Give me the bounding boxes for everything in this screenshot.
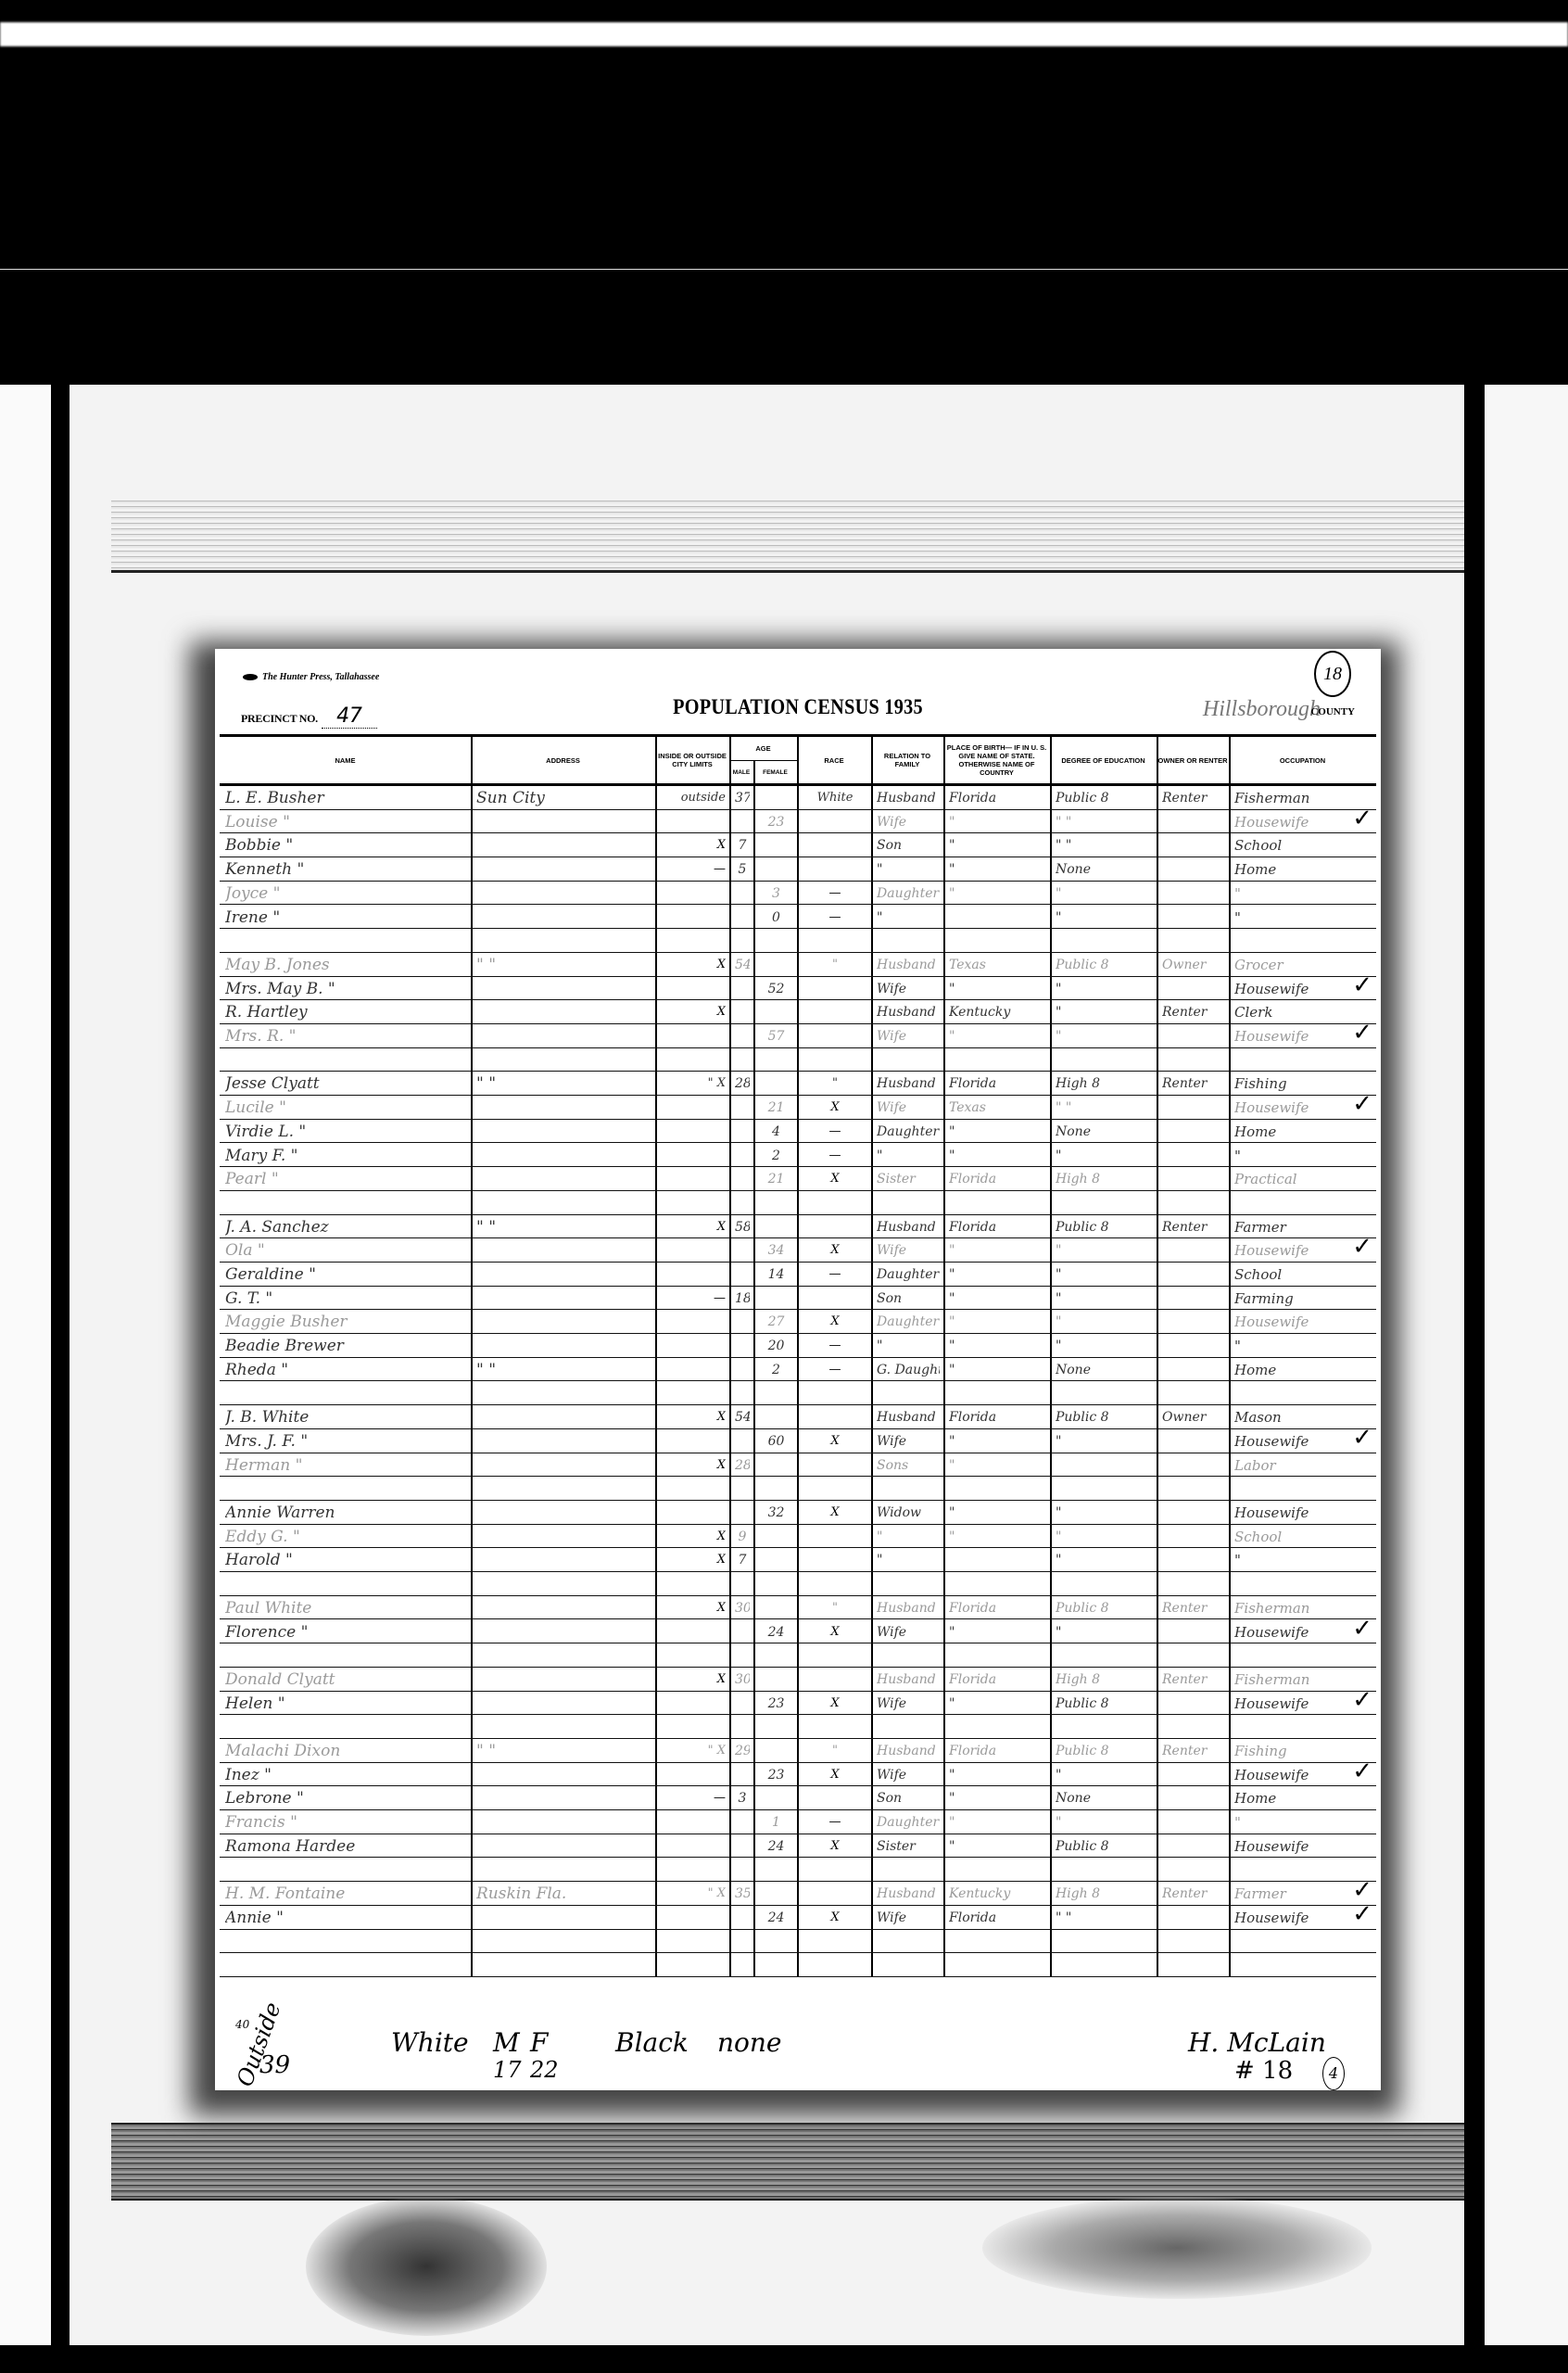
cell-female [759, 787, 793, 808]
cell-tenure [1162, 1168, 1225, 1189]
cell-female: 1 [759, 1811, 793, 1833]
cell-race [803, 1859, 867, 1881]
cell-relation: Wife [877, 811, 940, 832]
cell-address [476, 1931, 651, 1952]
cell-tenure: Renter [1162, 1072, 1225, 1094]
cell-education: " [1056, 1145, 1153, 1166]
cell-male [735, 1121, 750, 1142]
cell-race: X [803, 1311, 867, 1332]
cell-birthplace [949, 1573, 1046, 1594]
cell-race: X [803, 1621, 867, 1643]
cell-address [476, 1478, 651, 1499]
cell-race: X [803, 1502, 867, 1523]
cell-race: X [803, 1097, 867, 1118]
cell-race [803, 1288, 867, 1309]
table-row: Maggie Busher27XDaughter""Housewife [220, 1310, 1376, 1334]
cell-education: Public 8 [1056, 1740, 1153, 1761]
cell-female [759, 834, 793, 856]
cell-name: Virdie L. " [225, 1121, 467, 1142]
white-female-count: 22 [530, 2057, 559, 2083]
cell-male [735, 1263, 750, 1285]
cell-education: " [1056, 1764, 1153, 1785]
cell-male [735, 1764, 750, 1785]
column-header-name: Name [220, 737, 471, 783]
cell-tenure: Renter [1162, 787, 1225, 808]
cell-occupation [1234, 1049, 1345, 1071]
cell-race: X [803, 1907, 867, 1928]
cell-birthplace [949, 1954, 1046, 1975]
cell-education [1056, 930, 1153, 951]
cell-limits: X [661, 1669, 726, 1690]
cell-address [476, 1526, 651, 1547]
board-plank-bottom [111, 2123, 1464, 2201]
cell-relation: Husband [877, 1597, 940, 1618]
cell-limits: — [661, 1787, 726, 1808]
cell-birthplace: Florida [949, 1168, 1046, 1189]
cell-birthplace [949, 1716, 1046, 1737]
cell-name: Helen " [225, 1693, 467, 1714]
cell-tenure [1162, 1621, 1225, 1643]
table-row: Harold "X7""" [220, 1548, 1376, 1572]
cell-limits [661, 907, 726, 928]
cell-education: " [1056, 1288, 1153, 1309]
cell-relation: Husband [877, 1406, 940, 1428]
cell-name: Mary F. " [225, 1145, 467, 1166]
table-row [220, 1643, 1376, 1668]
table-row: Mary F. "2—"""" [220, 1144, 1376, 1168]
cell-occupation [1234, 1192, 1345, 1213]
cell-relation: " [877, 858, 940, 880]
cell-female: 4 [759, 1121, 793, 1142]
cell-relation: Sons [877, 1454, 940, 1476]
cell-relation: Sister [877, 1168, 940, 1189]
cell-occupation: " [1234, 882, 1345, 904]
white-label: White [391, 2027, 469, 2058]
cell-occupation [1234, 1383, 1345, 1404]
cell-female [759, 1716, 793, 1737]
cell-female: 3 [759, 882, 793, 904]
table-row: H. M. FontaineRuskin Fla." X35HusbandKen… [220, 1882, 1376, 1906]
cell-limits: X [661, 1216, 726, 1237]
cell-female [759, 954, 793, 975]
cell-tenure: Owner [1162, 954, 1225, 975]
cell-address [476, 1097, 651, 1118]
cell-female [759, 1072, 793, 1094]
cell-race: — [803, 1359, 867, 1380]
cell-limits: X [661, 1454, 726, 1476]
cell-birthplace: Florida [949, 1406, 1046, 1428]
checkmark-icon: ✓ [1352, 1758, 1372, 1785]
cell-race [803, 1454, 867, 1476]
cell-female [759, 1288, 793, 1309]
cell-tenure [1162, 1383, 1225, 1404]
table-row: Irene "0—""" [220, 906, 1376, 930]
cell-birthplace: Florida [949, 1907, 1046, 1928]
cell-education: " [1056, 1502, 1153, 1523]
cell-education: " [1056, 1239, 1153, 1261]
cell-female: 23 [759, 811, 793, 832]
cell-limits: " X [661, 1883, 726, 1904]
cell-name [225, 1859, 467, 1881]
table-row: Beadie Brewer20—"""" [220, 1334, 1376, 1358]
cell-race [803, 1716, 867, 1737]
cell-race: — [803, 1121, 867, 1142]
cell-race [803, 1669, 867, 1690]
cell-relation [877, 1954, 940, 1975]
table-row [220, 1382, 1376, 1406]
table-row: Ola "34XWife""Housewife✓ [220, 1238, 1376, 1263]
cell-education: " [1056, 1621, 1153, 1643]
cell-education: None [1056, 1359, 1153, 1380]
cell-name: Donald Clyatt [225, 1669, 467, 1690]
cell-race [803, 978, 867, 999]
cell-birthplace: " [949, 882, 1046, 904]
cell-limits: " X [661, 1072, 726, 1094]
cell-tenure [1162, 1025, 1225, 1047]
checkmark-icon: ✓ [1352, 1090, 1372, 1118]
cell-limits [661, 978, 726, 999]
cell-education: " [1056, 1811, 1153, 1833]
cell-race: X [803, 1764, 867, 1785]
cell-relation: Husband [877, 1883, 940, 1904]
cell-birthplace: " [949, 1263, 1046, 1285]
cell-name: J. A. Sanchez [225, 1216, 467, 1237]
cell-male: 58 [735, 1216, 750, 1237]
cell-occupation [1234, 1954, 1345, 1975]
outside-count: 39 [259, 2051, 290, 2079]
cell-birthplace: " [949, 1787, 1046, 1808]
enumerator-signature: H. McLain [1188, 2027, 1326, 2058]
corner-note: 40 [235, 2018, 249, 2031]
cell-education: High 8 [1056, 1669, 1153, 1690]
cell-male [735, 930, 750, 951]
cell-education: " [1056, 1335, 1153, 1356]
cell-tenure: Renter [1162, 1216, 1225, 1237]
cell-race [803, 858, 867, 880]
cell-male: 28 [735, 1454, 750, 1476]
stain [982, 2197, 1372, 2299]
cell-education: " [1056, 978, 1153, 999]
table-row: Ramona Hardee24XSister"Public 8Housewife [220, 1834, 1376, 1859]
cell-education: Public 8 [1056, 787, 1153, 808]
cell-female [759, 1954, 793, 1975]
cell-name: May B. Jones [225, 954, 467, 975]
cell-male [735, 1001, 750, 1022]
cell-name: Jesse Clyatt [225, 1072, 467, 1094]
cell-male [735, 1716, 750, 1737]
table-row [220, 1953, 1376, 1977]
cell-occupation: Fisherman [1234, 1669, 1345, 1690]
cell-birthplace: " [949, 1621, 1046, 1643]
cell-address [476, 1621, 651, 1643]
cell-tenure [1162, 1644, 1225, 1666]
cell-address [476, 1454, 651, 1476]
cell-relation: Daughter [877, 882, 940, 904]
cell-birthplace: " [949, 1121, 1046, 1142]
cell-address [476, 1716, 651, 1737]
cell-male [735, 1811, 750, 1833]
cell-male: 18 [735, 1288, 750, 1309]
cell-male [735, 811, 750, 832]
cell-address [476, 1192, 651, 1213]
table-row: Mrs. R. "57Wife""Housewife✓ [220, 1024, 1376, 1048]
cell-race [803, 1383, 867, 1404]
cell-relation [877, 1049, 940, 1071]
cell-relation: Son [877, 1787, 940, 1808]
cell-tenure [1162, 1049, 1225, 1071]
cell-name: Rheda " [225, 1359, 467, 1380]
cell-name: Lucile " [225, 1097, 467, 1118]
cell-name: R. Hartley [225, 1001, 467, 1022]
cell-education [1056, 1573, 1153, 1594]
cell-limits [661, 1644, 726, 1666]
cell-female [759, 1192, 793, 1213]
cell-limits [661, 1478, 726, 1499]
checkmark-icon: ✓ [1352, 971, 1372, 999]
frame-bar-right [1464, 385, 1485, 2345]
cell-male [735, 1025, 750, 1047]
cell-address [476, 1502, 651, 1523]
cell-race [803, 834, 867, 856]
cell-race: — [803, 1145, 867, 1166]
cell-relation: Husband [877, 1740, 940, 1761]
cell-female [759, 1859, 793, 1881]
cell-birthplace: " [949, 1359, 1046, 1380]
cell-name: Annie Warren [225, 1502, 467, 1523]
cell-birthplace: " [949, 1311, 1046, 1332]
cell-limits [661, 1383, 726, 1404]
cell-limits [661, 1430, 726, 1452]
table-row: R. HartleyXHusbandKentucky"RenterClerk [220, 1000, 1376, 1024]
cell-relation: Sister [877, 1835, 940, 1857]
union-bug-icon [243, 674, 258, 680]
cell-male [735, 907, 750, 928]
cell-birthplace [949, 1383, 1046, 1404]
cell-education [1056, 1644, 1153, 1666]
cell-occupation [1234, 930, 1345, 951]
table-row: Jesse Clyatt" "" X28"HusbandFloridaHigh … [220, 1072, 1376, 1096]
cell-birthplace: " [949, 1430, 1046, 1452]
cell-race: — [803, 1811, 867, 1833]
cell-address [476, 1239, 651, 1261]
cell-tenure [1162, 1145, 1225, 1166]
cell-limits [661, 1573, 726, 1594]
column-header-occupation: Occupation [1229, 737, 1376, 783]
cell-name: Ola " [225, 1239, 467, 1261]
cell-male: 30 [735, 1669, 750, 1690]
cell-occupation: Fisherman [1234, 787, 1345, 808]
cell-tenure [1162, 1335, 1225, 1356]
cell-limits [661, 1621, 726, 1643]
cell-address [476, 1764, 651, 1785]
table-row: J. A. Sanchez" "X58HusbandFloridaPublic … [220, 1215, 1376, 1239]
table-row: Bobbie "X7Son"" "School [220, 833, 1376, 857]
cell-male [735, 1049, 750, 1071]
cell-female [759, 1454, 793, 1476]
cell-education: None [1056, 1121, 1153, 1142]
cell-birthplace [949, 1192, 1046, 1213]
cell-education: " " [1056, 834, 1153, 856]
cell-occupation: Mason [1234, 1406, 1345, 1428]
cell-relation: Son [877, 834, 940, 856]
cell-race [803, 1883, 867, 1904]
cell-relation: Daughter [877, 1263, 940, 1285]
table-row: Kenneth "—5""NoneHome [220, 857, 1376, 882]
cell-tenure [1162, 1097, 1225, 1118]
cell-name: Kenneth " [225, 858, 467, 880]
cell-female [759, 1597, 793, 1618]
film-hairline [0, 269, 1568, 270]
cell-address: Sun City [476, 787, 651, 808]
cell-name: L. E. Busher [225, 787, 467, 808]
cell-occupation: Clerk [1234, 1001, 1345, 1022]
cell-occupation: Housewife [1234, 1097, 1345, 1118]
cell-limits [661, 1145, 726, 1166]
cell-name: Louise " [225, 811, 467, 832]
cell-education: High 8 [1056, 1168, 1153, 1189]
cell-male [735, 1693, 750, 1714]
cell-tenure [1162, 907, 1225, 928]
table-row: Geraldine "14—Daughter""School [220, 1263, 1376, 1287]
cell-address [476, 1121, 651, 1142]
cell-education: " [1056, 1549, 1153, 1570]
cell-name: Mrs. May B. " [225, 978, 467, 999]
cell-occupation: Housewife [1234, 1907, 1345, 1928]
cell-limits [661, 1025, 726, 1047]
table-row [220, 1191, 1376, 1215]
cell-race [803, 1025, 867, 1047]
cell-address [476, 1263, 651, 1285]
cell-birthplace: Florida [949, 1216, 1046, 1237]
cell-female [759, 1383, 793, 1404]
cell-birthplace: " [949, 1764, 1046, 1785]
cell-education [1056, 1478, 1153, 1499]
checkmark-icon: ✓ [1352, 1019, 1372, 1047]
cell-relation: Husband [877, 1216, 940, 1237]
table-row: Malachi Dixon" "" X29"HusbandFloridaPubl… [220, 1739, 1376, 1763]
cell-male [735, 1192, 750, 1213]
cell-name: G. T. " [225, 1288, 467, 1309]
table-row [220, 1930, 1376, 1954]
adjacent-frame-left [0, 385, 51, 2345]
printer-credit: The Hunter Press, Tallahassee [243, 672, 379, 682]
cell-relation: Husband [877, 1072, 940, 1094]
cell-birthplace: " [949, 1454, 1046, 1476]
cell-male [735, 1145, 750, 1166]
cell-male: 7 [735, 1549, 750, 1570]
cell-relation: " [877, 1335, 940, 1356]
cell-relation: Daughter [877, 1121, 940, 1142]
cell-female [759, 1573, 793, 1594]
cell-limits [661, 1168, 726, 1189]
cell-tenure: Owner [1162, 1406, 1225, 1428]
cell-occupation: Housewife [1234, 1502, 1345, 1523]
cell-male [735, 1311, 750, 1332]
cell-birthplace: Kentucky [949, 1883, 1046, 1904]
cell-name: Mrs. R. " [225, 1025, 467, 1047]
cell-female [759, 1549, 793, 1570]
cell-female [759, 1644, 793, 1666]
cell-tenure [1162, 1359, 1225, 1380]
table-row [220, 929, 1376, 953]
table-row: Mrs. May B. "52Wife""Housewife✓ [220, 977, 1376, 1001]
cell-education: " [1056, 1526, 1153, 1547]
cell-limits: — [661, 858, 726, 880]
cell-female: 2 [759, 1145, 793, 1166]
cell-occupation: Housewife [1234, 1430, 1345, 1452]
cell-occupation: Home [1234, 858, 1345, 880]
cell-female: 24 [759, 1907, 793, 1928]
cell-tenure [1162, 1239, 1225, 1261]
table-row: Annie "24XWifeFlorida" "Housewife✓ [220, 1906, 1376, 1930]
sheet-reference: # 18 [1234, 2057, 1293, 2085]
cell-occupation: Housewife [1234, 1311, 1345, 1332]
cell-occupation: Fishing [1234, 1072, 1345, 1094]
cell-male [735, 1835, 750, 1857]
cell-birthplace: Florida [949, 1597, 1046, 1618]
cell-male [735, 1335, 750, 1356]
column-header-birthplace: Place of Birth— If in U. S. Give Name of… [943, 737, 1050, 783]
table-row: L. E. BusherSun Cityoutside37WhiteHusban… [220, 786, 1376, 810]
cell-education: " [1056, 1311, 1153, 1332]
cell-relation [877, 1859, 940, 1881]
cell-male: 30 [735, 1597, 750, 1618]
cell-education: " " [1056, 811, 1153, 832]
cell-race [803, 1526, 867, 1547]
board-plank-top [111, 501, 1464, 573]
cell-male [735, 1573, 750, 1594]
cell-female [759, 1740, 793, 1761]
cell-tenure [1162, 1693, 1225, 1714]
cell-limits: X [661, 1549, 726, 1570]
cell-birthplace: " [949, 1811, 1046, 1833]
cell-limits: X [661, 1001, 726, 1022]
cell-occupation: Fisherman [1234, 1597, 1345, 1618]
cell-education [1056, 1954, 1153, 1975]
cell-name: Eddy G. " [225, 1526, 467, 1547]
cell-female: 57 [759, 1025, 793, 1047]
cell-name: J. B. White [225, 1406, 467, 1428]
cell-occupation: " [1234, 907, 1345, 928]
column-header-limits: Inside or Outside City Limits [655, 737, 729, 783]
cell-limits [661, 1907, 726, 1928]
cell-address [476, 1145, 651, 1166]
census-sheet: The Hunter Press, Tallahassee PRECINCT N… [215, 649, 1381, 2090]
stain [306, 2197, 547, 2336]
table-row: May B. Jones" "X54"HusbandTexasPublic 8O… [220, 953, 1376, 977]
cell-name [225, 1573, 467, 1594]
cell-address [476, 930, 651, 951]
cell-relation [877, 1192, 940, 1213]
cell-address [476, 1835, 651, 1857]
cell-education [1056, 1859, 1153, 1881]
printer-name: The Hunter Press, Tallahassee [262, 672, 379, 682]
cell-tenure [1162, 1549, 1225, 1570]
adjacent-frame-right [1485, 385, 1568, 2345]
cell-male: 54 [735, 954, 750, 975]
cell-occupation: Home [1234, 1121, 1345, 1142]
cell-occupation: " [1234, 1811, 1345, 1833]
cell-occupation [1234, 1716, 1345, 1737]
cell-occupation: Farmer [1234, 1216, 1345, 1237]
cell-relation [877, 1573, 940, 1594]
cell-tenure [1162, 1764, 1225, 1785]
checkmark-icon: ✓ [1352, 1233, 1372, 1261]
cell-race: — [803, 1335, 867, 1356]
table-row: Eddy G. "X9"""School [220, 1525, 1376, 1549]
table-row: Inez "23XWife""Housewife✓ [220, 1763, 1376, 1787]
cell-address [476, 1335, 651, 1356]
